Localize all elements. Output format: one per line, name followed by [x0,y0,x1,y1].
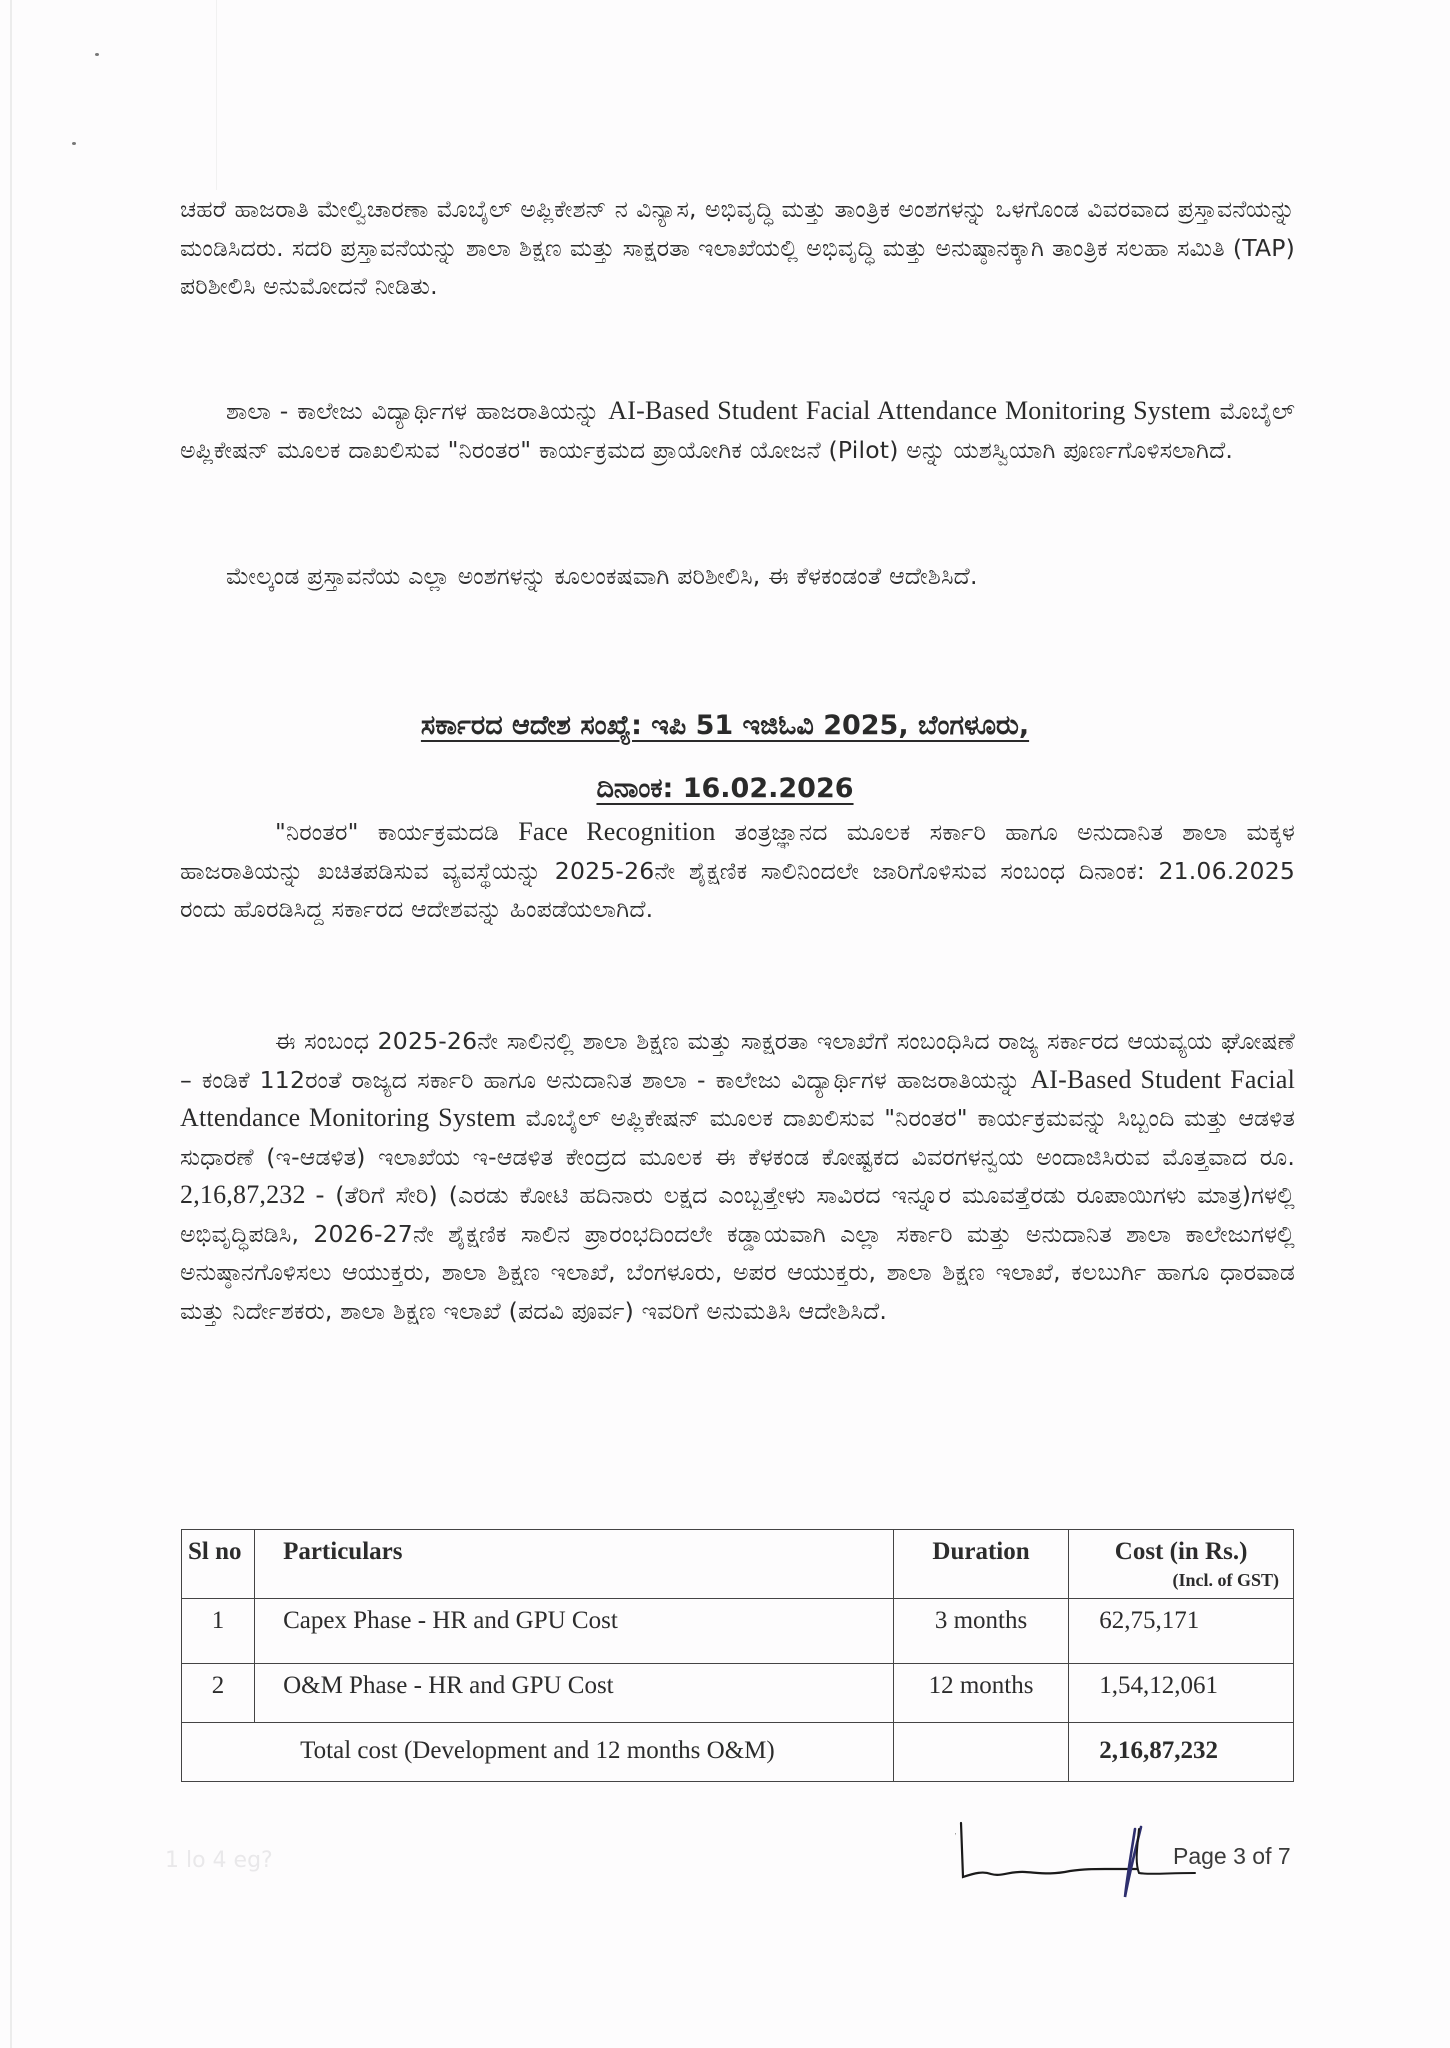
table-total-row: Total cost (Development and 12 months O&… [182,1723,1294,1782]
table-header-row: Sl no Particulars Duration Cost (in Rs.)… [182,1530,1294,1599]
paragraph-order-withdrawal: "ನಿರಂತರ" ಕಾರ್ಯಕ್ರಮದಡಿ Face Recognition ತ… [180,813,1295,929]
header-cost-note: (Incl. of GST) [1079,1570,1283,1591]
order-number-heading: ಸರ್ಕಾರದ ಆದೇಶ ಸಂಖ್ಯೆ: ಇಪಿ 51 ಇಜಿಓವಿ 2025,… [0,710,1450,742]
table-row: 1 Capex Phase - HR and GPU Cost 3 months… [182,1599,1294,1664]
signature-icon [955,1815,1255,1925]
table-row: 2 O&M Phase - HR and GPU Cost 12 months … [182,1664,1294,1723]
paragraph-order-intro: ಮೇಲ್ಕಂಡ ಪ್ರಸ್ತಾವನೆಯ ಎಲ್ಲಾ ಅಂಶಗಳನ್ನು ಕೂಲಂ… [180,557,1295,596]
system-name: AI-Based Student Facial Attendance Monit… [608,396,1211,425]
scan-speck [72,142,76,145]
header-cost: Cost (in Rs.) (Incl. of GST) [1069,1530,1294,1599]
bleed-through-text: 1 lo 4 eg? [165,1848,273,1873]
technology-name: Face Recognition [518,817,715,846]
sanctioned-amount: 2,16,87,232 - [180,1180,324,1209]
page-number: Page 3 of 7 [1173,1843,1291,1870]
total-label: Total cost (Development and 12 months O&… [182,1723,894,1782]
paragraph-order-sanction: ಈ ಸಂಬಂಧ 2025-26ನೇ ಸಾಲಿನಲ್ಲಿ ಶಾಲಾ ಶಿಕ್ಷಣ … [180,1022,1295,1330]
header-sl-no: Sl no [182,1530,255,1599]
scan-page-fold [216,0,217,190]
header-particulars: Particulars [255,1530,894,1599]
paragraph-proposal-continuation: ಚಹರೆ ಹಾಜರಾತಿ ಮೇಲ್ವಿಚಾರಣಾ ಮೊಬೈಲ್ ಅಪ್ಲಿಕೇಶ… [180,190,1295,306]
header-duration: Duration [893,1530,1068,1599]
total-cost: 2,16,87,232 [1069,1723,1294,1782]
paragraph-text: ಚಹರೆ ಹಾಜರಾತಿ ಮೇಲ್ವಿಚಾರಣಾ ಮೊಬೈಲ್ ಅಪ್ಲಿಕೇಶ… [180,195,1295,300]
paragraph-pilot-completed: ಶಾಲಾ - ಕಾಲೇಜು ವಿದ್ಯಾರ್ಥಿಗಳ ಹಾಜರಾತಿಯನ್ನು … [180,392,1295,469]
cost-table: Sl no Particulars Duration Cost (in Rs.)… [181,1529,1294,1782]
order-date-heading: ದಿನಾಂಕ: 16.02.2026 [0,773,1450,805]
scan-page-edge [10,0,12,2048]
scan-speck [95,53,99,56]
